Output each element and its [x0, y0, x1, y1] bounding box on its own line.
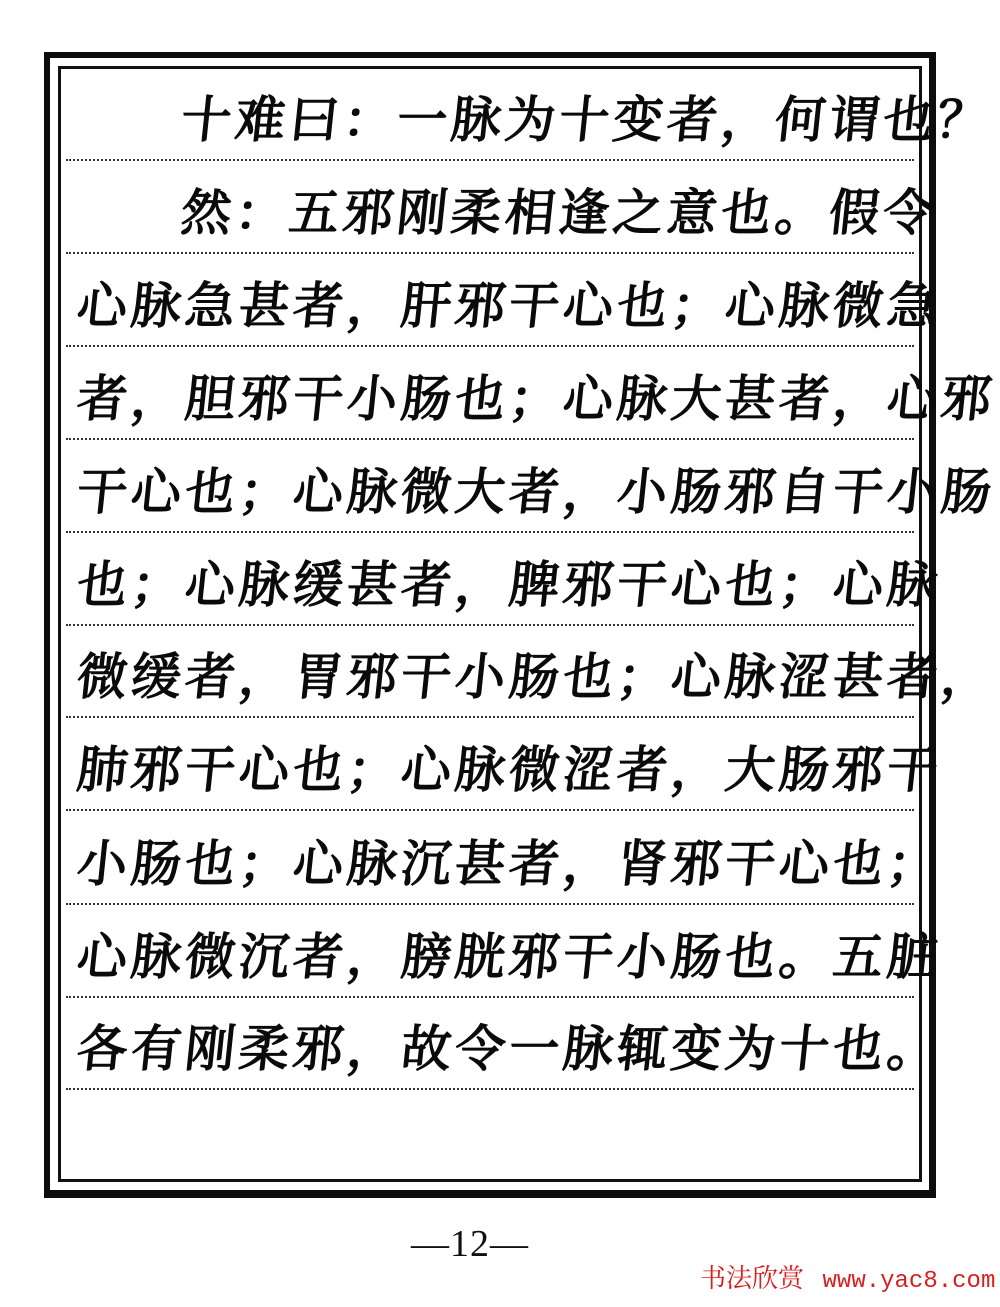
watermark: 书法欣赏 www.yac8.com: [700, 1258, 995, 1295]
text-line-8: 肺邪干心也；心脉微涩者，大肠邪干: [60, 718, 920, 811]
text-line-2: 然：五邪刚柔相逢之意也。假令: [60, 161, 920, 254]
text-line-1: 十难曰：一脉为十变者，何谓也？: [60, 68, 920, 161]
watermark-label: 书法欣赏: [700, 1264, 804, 1294]
text-line-4: 者，胆邪干小肠也；心脉大甚者，心邪自: [60, 347, 920, 440]
line-text: 也；心脉缓甚者，脾邪干心也；心脉: [74, 554, 917, 616]
calligraphy-text-area: 十难曰：一脉为十变者，何谓也？ 然：五邪刚柔相逢之意也。假令 心脉急甚者，肝邪干…: [60, 68, 920, 1178]
text-line-5: 干心也；心脉微大者，小肠邪自干小肠: [60, 440, 920, 533]
line-text: 各有刚柔邪，故令一脉辄变为十也。: [74, 1018, 917, 1080]
line-text: 小肠也；心脉沉甚者，肾邪干心也；: [74, 833, 917, 895]
watermark-url[interactable]: www.yac8.com: [823, 1268, 996, 1295]
text-line-10: 心脉微沉者，膀胱邪干小肠也。五脏: [60, 905, 920, 998]
line-text: 者，胆邪干小肠也；心脉大甚者，心邪自: [74, 368, 917, 430]
text-line-9: 小肠也；心脉沉甚者，肾邪干心也；: [60, 812, 920, 905]
line-text: 微缓者，胃邪干小肠也；心脉涩甚者，: [74, 646, 917, 708]
line-text: 十难曰：一脉为十变者，何谓也？: [178, 89, 917, 151]
text-line-6: 也；心脉缓甚者，脾邪干心也；心脉: [60, 533, 920, 626]
line-text: 心脉微沉者，膀胱邪干小肠也。五脏: [74, 926, 917, 988]
line-text: 然：五邪刚柔相逢之意也。假令: [178, 182, 917, 244]
line-text: 肺邪干心也；心脉微涩者，大肠邪干: [74, 739, 917, 801]
text-line-3: 心脉急甚者，肝邪干心也；心脉微急: [60, 254, 920, 347]
text-line-11: 各有刚柔邪，故令一脉辄变为十也。: [60, 997, 920, 1090]
text-line-7: 微缓者，胃邪干小肠也；心脉涩甚者，: [60, 625, 920, 718]
line-text: 心脉急甚者，肝邪干心也；心脉微急: [74, 275, 917, 337]
line-text: 干心也；心脉微大者，小肠邪自干小肠: [74, 461, 917, 523]
text-line-12-empty: [60, 1090, 920, 1183]
dotted-rule: [66, 809, 914, 811]
